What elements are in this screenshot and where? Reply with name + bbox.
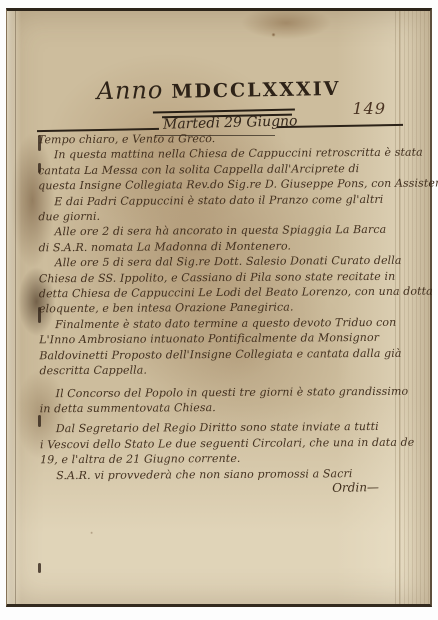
manuscript-line: E dai Padri Cappuccini è stato dato il P… [38, 191, 410, 209]
manuscript-line: Alle ore 2 di sera hà ancorato in questa… [38, 222, 410, 240]
binding-stitch [38, 563, 41, 573]
year-roman-numeral: MDCCLXXXIV [171, 78, 340, 103]
manuscript-line: Baldovinetti Proposto dell'Insigne Colle… [39, 345, 411, 363]
anno-label: Anno [96, 76, 163, 105]
manuscript-page: AnnoMDCCLXXXIV 149 Martedì 29 Giugno Tem… [6, 8, 432, 607]
manuscript-body: Tempo chiaro, e Vento a Greco.In questa … [38, 130, 412, 484]
manuscript-line: in detta summentovata Chiesa. [40, 399, 412, 417]
manuscript-line: Il Concorso del Popolo in questi tre gio… [40, 383, 412, 401]
manuscript-line: descritta Cappella. [39, 361, 411, 379]
manuscript-line: i Vescovi dello Stato Le due seguenti Ci… [40, 434, 412, 452]
manuscript-line: detta Chiesa de Cappuccini Le Lodi del B… [39, 284, 411, 302]
manuscript-photo: AnnoMDCCLXXXIV 149 Martedì 29 Giugno Tem… [0, 0, 438, 620]
catchword: Ordin— [39, 480, 379, 500]
